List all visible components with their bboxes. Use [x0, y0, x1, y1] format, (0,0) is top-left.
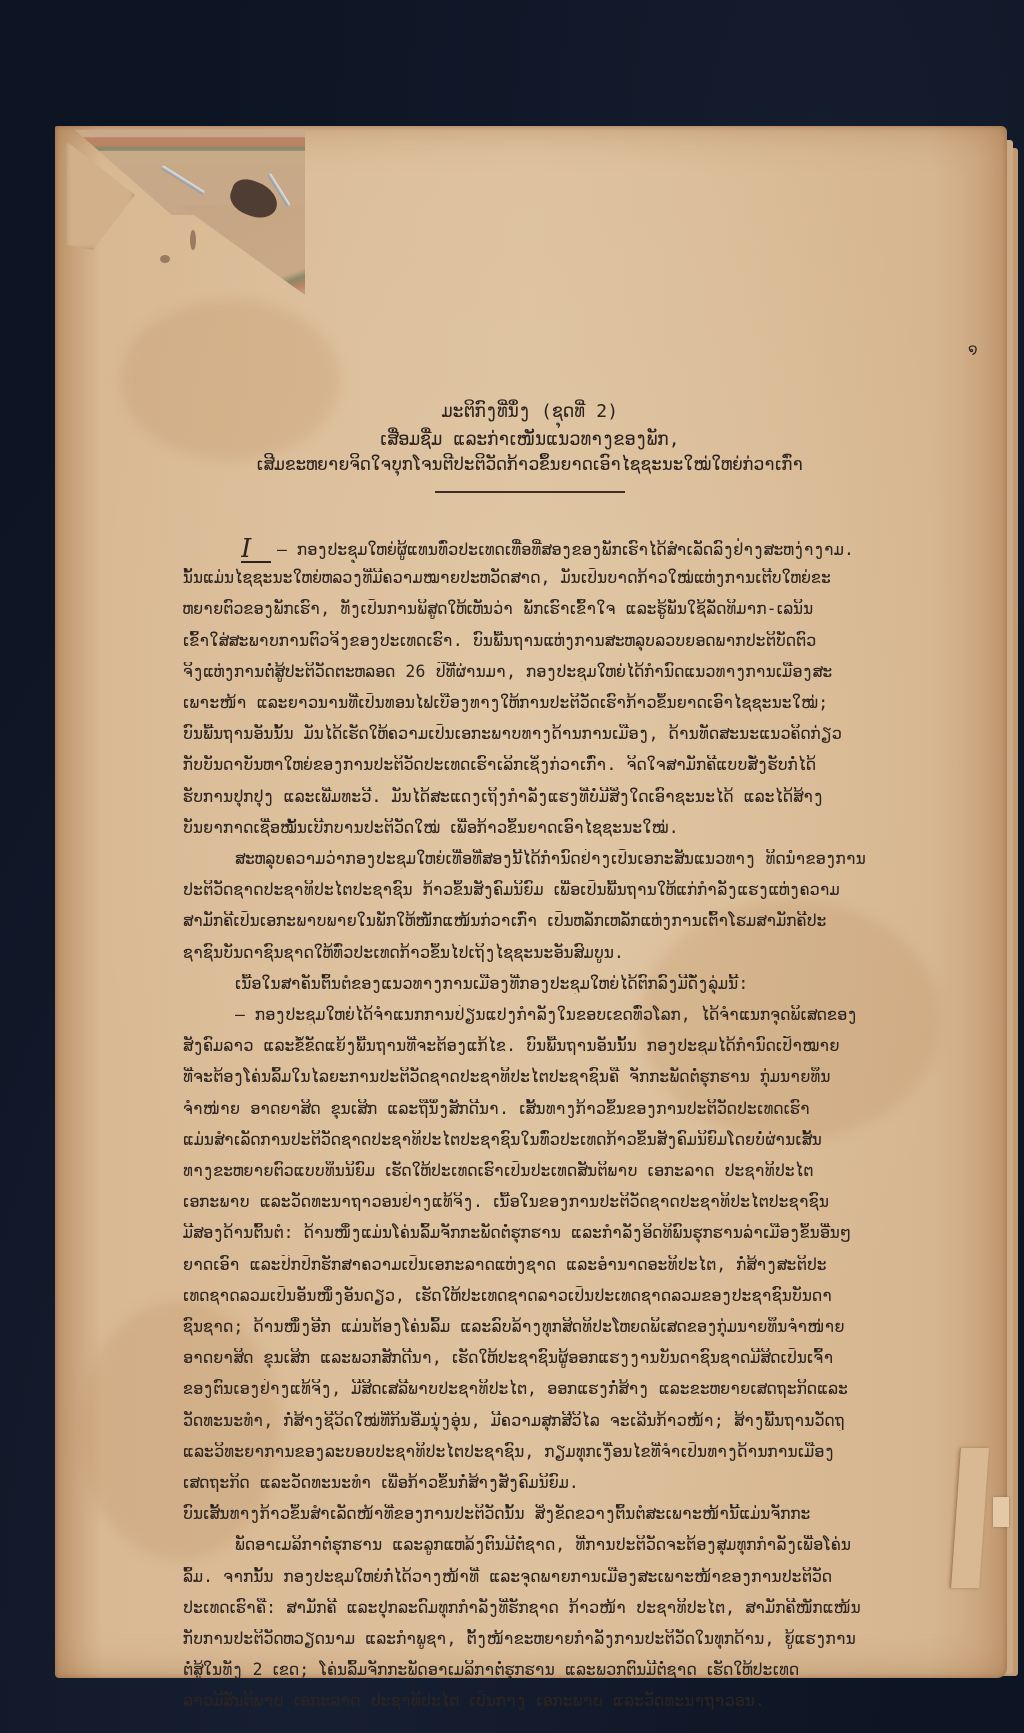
text-line: ສາມັກຄີເປັນເອກະພາບພາຍໃນພັກໃຫ້ໜັກແໜ້ນກ່ວາ… [183, 911, 1003, 931]
folded-corner [65, 130, 305, 295]
text-line: ມີສອງດ້ານຕົ້ນຕໍ: ດ້ານໜຶ່ງແມ່ນໂຄ່ນລົ້ມຈັກ… [183, 1223, 1003, 1243]
text-line: ເທດຊາດລວມເປັນອັນໜຶ່ງອັນດຽວ, ເຮັດໃຫ້ປະເທດ… [183, 1286, 1003, 1306]
paper-hole [160, 255, 170, 263]
text-line: I– ກອງປະຊຸມໃຫຍ່ຜູ້ແທນທົ່ວປະເທດເທື່ອທີ່ສອ… [241, 537, 1009, 563]
text-line: ປະເທດເຮົາຄື: ສາມັກຄີ ແລະປຸກລະດົມທຸກກຳລັງ… [183, 1598, 1003, 1618]
text-line: ແລະວິທະຍາການຂອງລະບອບປະຊາທິປະໄຕປະຊາຊົນ, ກ… [183, 1442, 1003, 1462]
text-line: ອາດຍາສິດ ຂຸນເສິກ ແລະພວກສັກດີນາ, ເຮັດໃຫ້ປ… [183, 1348, 1003, 1368]
text-line-content: – ກອງປະຊຸມໃຫຍ່ຜູ້ແທນທົ່ວປະເທດເທື່ອທີ່ສອງ… [277, 540, 854, 559]
section-numeral: I [241, 537, 271, 563]
text-line: ເນື້ອໃນສາຄັນຕົ້ນຕໍຂອງແນວທາງການເມືອງທີ່ກອ… [235, 974, 1003, 994]
text-line: ບົນພື້ນຖານອັນນັ້ນ ມັນໄດ້ເຮັດໃຫ້ຄວາມເປັນເ… [183, 724, 1003, 744]
text-line: ພັດອາເມລິກາຕໍ່ຮຸກຮານ ແລະລູກແຫລ້ງຕົນມີຕໍ່… [235, 1535, 1003, 1555]
text-line: ບັນຍາກາດເຊື່ອໝັ້ນເບີກບານປະຕິວັດໃໝ່ ເພື່ອ… [183, 818, 1003, 838]
text-line: ປະຕິວັດຊາດປະຊາທິປະໄຕປະຊາຊົນ ກ້າວຂຶ້ນສັງຄ… [183, 880, 1003, 900]
page-number: ໑ [968, 340, 978, 358]
paper-scrap [993, 1497, 1009, 1527]
text-line: ເອກະພາບ ແລະວັດທະນາຖາວອນຢ່າງແທ້ຈິງ. ເນື້ອ… [183, 1192, 1003, 1212]
document-title: ມະຕິກົງທີ່ນຶ່ງ (ຊຸດທີ່ 2) [200, 401, 860, 422]
fold-flap-bottom [180, 205, 305, 295]
text-line: ສັງຄົມລາວ ແລະຂໍ້ຂັດແຍ້ງພື້ນຖານທີ່ຈະຕ້ອງແ… [183, 1036, 1003, 1056]
text-line: ເຂົ້າໃສ່ສະພາບການຕົວຈິງຂອງປະເທດເຮົາ. ບົນພ… [183, 631, 1003, 651]
document-subtitle: ເສີມຂະຫຍາຍຈິດໃຈບຸກໂຈນຕີປະຕິວັດກ້າວຂຶ້ນຍາ… [200, 455, 860, 475]
text-line: ເພາະໜ້າ ແລະຍາວນານທີ່ເປັນທອນໄຟເບືອງທາງໃຫ້… [183, 693, 1003, 713]
text-line: ຈຳໜ່າຍ ອາດຍາສິດ ຂຸນເສິກ ແລະຖືນຶ່ງສັກດີນາ… [183, 1099, 1003, 1119]
paper-hole [190, 230, 196, 250]
text-line: ຊາຊົນບັນດາຊົນຊາດໃຫ້ທົ່ວປະເທດກ້າວຂຶ້ນໄປເຖ… [183, 943, 1003, 963]
title-underline [435, 491, 625, 493]
document-subtitle: ເສື່ອມຊື່ມ ແລະກ່າເໜັນແນວທາງຂອງພັກ, [200, 429, 860, 450]
text-line: – ກອງປະຊຸມໃຫຍ່ໄດ້ຈຳແນກການປ່ຽນແປງກຳລັງໃນຂ… [235, 1005, 1003, 1025]
text-line: ແມ່ນສຳເລັດການປະຕິວັດຊາດປະຊາທິປະໄຕປະຊາຊົນ… [183, 1130, 1003, 1150]
text-line: ນັ້ນແມ່ນໄຊຊະນະໃຫຍ່ຫລວງທີ່ມີຄວາມໝາຍປະຫວັດ… [183, 568, 1003, 588]
text-line: ຫຍາຍຕົວຂອງພັກເຮົາ, ທັງເປັນການພິສູດໃຫ້ເຫັ… [183, 599, 1003, 619]
text-line: ທາງຂະຫຍາຍຕົວແບບທຶນນິຍົມ ເຮັດໃຫ້ປະເທດເຮົາ… [183, 1161, 1003, 1181]
text-line: ຂອງຕົນເອງຢ່າງແທ້ຈິງ, ມີສິດເສລີພາບປະຊາທິປ… [183, 1379, 1003, 1399]
text-line: ບົນເສັ້ນທາງກ້າວຂຶ້ນສຳເລັດໜ້າທີ່ຂອງການປະຕ… [183, 1504, 1003, 1524]
text-line: ຊົນຊາດ; ດ້ານໜຶ່ງອີກ ແມ່ນຕ້ອງໂຄ່ນລົ້ມ ແລະ… [183, 1317, 1003, 1337]
text-line: ລົ້ມ. ຈາກນັ້ນ ກອງປະຊຸມໃຫຍ່ກໍ່ໄດ້ວາງໜ້າທີ… [183, 1567, 1003, 1587]
text-line: ທີ່ຈະຕ້ອງໂຄ່ນລົ້ມໃນໄລຍະການປະຕິວັດຊາດປະຊາ… [183, 1067, 1003, 1087]
text-line: ກັບບັນດາບັນຫາໃຫຍ່ຂອງການປະຕິວັດປະເທດເຮົາເ… [183, 755, 1003, 775]
text-line: ຕໍ່ສູ້ໃນທັງ 2 ເຂດ; ໂຄ່ນລົ້ມຈັກກະພັດອາເມລ… [183, 1660, 1003, 1680]
text-line: ຮັບການປຸກປຸງ ແລະເພີ່ມທະວີ. ມັນໄດ້ສະແດງເຖ… [183, 787, 1003, 807]
text-line: ເສດຖະກິດ ແລະວັດທະນະທຳ ເພື່ອກ້າວຂຶ້ນກໍ່ສ້… [183, 1473, 1003, 1493]
text-line: ຍາດເອົາ ແລະປົກປັກຮັກສາຄວາມເປັນເອກະລາດແຫ່… [183, 1255, 1003, 1275]
text-line: ສະຫລຸບຄວາມວ່າກອງປະຊຸມໃຫຍ່ເທື່ອທີ່ສອງນີ້ໄ… [235, 849, 1003, 869]
text-line: ວັດທະນະທຳ, ກໍ່ສ້າງຊີວິດໃໝ່ທີ່ກິນອີ່ມນຸ່ງ… [183, 1411, 1003, 1431]
text-line: ຈິງແຫ່ງການຕໍ່ສູ້ປະຕິວັດຕະຫລອດ 26 ປີທີ່ຜ່… [183, 662, 1003, 682]
text-line: ລາວມີສັນຕິພາບ ເອກະລາດ ປະຊາທິປະໄຕ ເປັນກາງ… [183, 1691, 1003, 1711]
text-line: ກັບການປະຕິວັດຫວຽດນາມ ແລະກຳພູຊາ, ຕັ້ງໜ້າຂ… [183, 1629, 1003, 1649]
